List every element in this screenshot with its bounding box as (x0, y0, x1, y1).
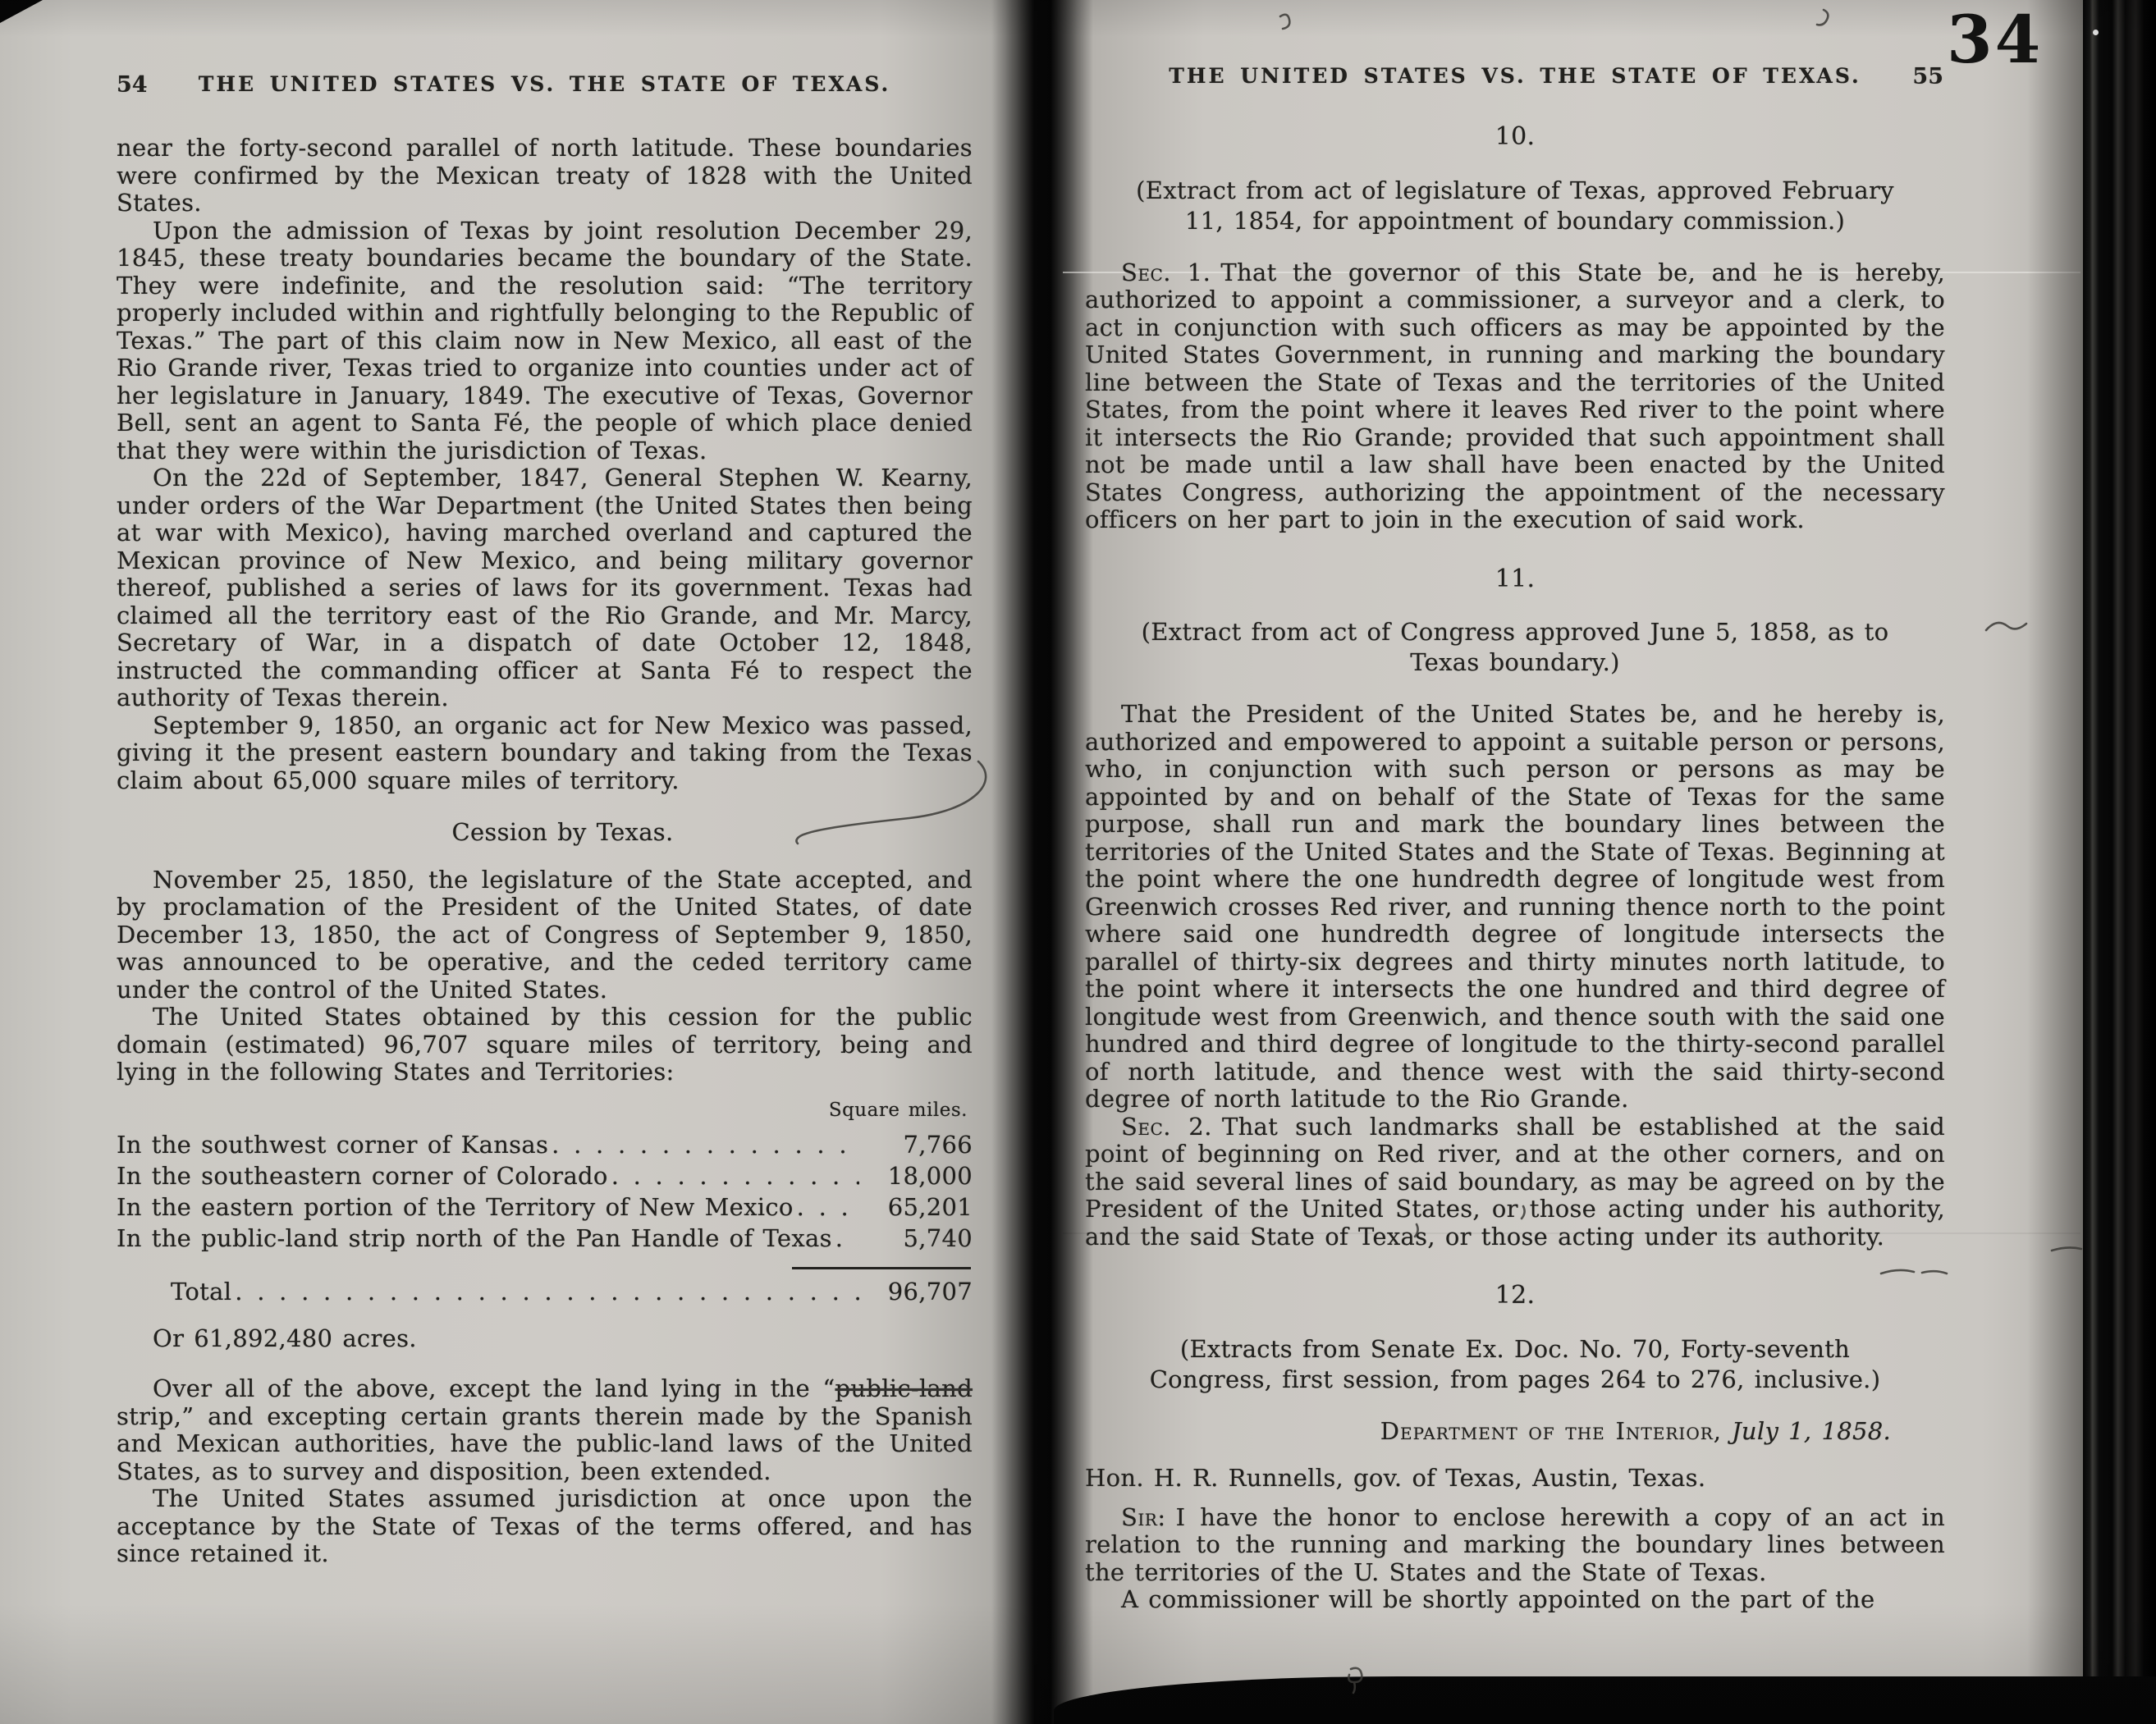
total-value: 96,707 (866, 1276, 973, 1307)
table-row: In the southwest corner of Kansas 7,766 (117, 1129, 973, 1160)
paragraph: near the forty-second parallel of north … (117, 135, 973, 217)
book-fore-edge (2083, 0, 2156, 1724)
table-row-label: In the southeastern corner of Colorado (117, 1160, 608, 1191)
page-edge-shading (2027, 0, 2085, 1724)
paragraph: Sir:I have the honor to enclose herewith… (1085, 1504, 1945, 1587)
dot-leader (835, 1223, 859, 1254)
folio-stamp: 34 (1947, 7, 2043, 72)
paragraph: That the President of the United States … (1085, 701, 1945, 1114)
table-row-label: In the southwest corner of Kansas (117, 1129, 548, 1160)
paragraph: September 9, 1850, an organic act for Ne… (117, 712, 973, 795)
section-number: 11. (1085, 565, 1945, 593)
dot-leader (235, 1276, 859, 1307)
dateline-organization: Department of the Interior, (1380, 1417, 1722, 1445)
paragraph: The United States assumed jurisdiction a… (117, 1485, 973, 1568)
struck-word: public-land (835, 1374, 973, 1402)
table-row-value: 18,000 (866, 1160, 973, 1191)
section-lead: Sec. 2. (1121, 1113, 1212, 1141)
paragraph: Over all of the above, except the land l… (117, 1375, 973, 1485)
table-row: In the public-land strip north of the Pa… (117, 1223, 973, 1254)
dateline-date: July 1, 1858. (1732, 1417, 1891, 1445)
paragraph: Upon the admission of Texas by joint res… (117, 217, 973, 465)
paragraph: Sec. 1.That the governor of this State b… (1085, 259, 1945, 534)
section-heading: Cession by Texas. (117, 819, 973, 847)
right-running-header: THE UNITED STATES VS. THE STATE OF TEXAS… (1085, 64, 1945, 89)
left-running-header: 54 THE UNITED STATES VS. THE STATE OF TE… (117, 72, 973, 97)
paragraph-text: I have the honor to enclose herewith a c… (1085, 1503, 1945, 1586)
table-row-value: 7,766 (866, 1129, 973, 1160)
section-number: 12. (1085, 1282, 1945, 1310)
paragraph-text: strip,” and excepting certain grants the… (117, 1402, 973, 1485)
section-caption: (Extracts from Senate Ex. Doc. No. 70, F… (1128, 1334, 1902, 1395)
paragraph: A commissioner will be shortly appointed… (1085, 1586, 1945, 1614)
left-page: 54 THE UNITED STATES VS. THE STATE OF TE… (117, 72, 973, 1568)
left-page-number: 54 (117, 73, 148, 98)
book-bottom-edge (1054, 1676, 2156, 1724)
dot-leader (611, 1160, 859, 1191)
table-row-value: 65,201 (866, 1191, 973, 1223)
right-header-title: THE UNITED STATES VS. THE STATE OF TEXAS… (1169, 64, 1861, 88)
dust-speck (2093, 30, 2099, 35)
left-page-body: near the forty-second parallel of north … (117, 135, 973, 1568)
dot-leader (797, 1191, 859, 1223)
left-header-title: THE UNITED STATES VS. THE STATE OF TEXAS… (199, 72, 890, 96)
section-number: 10. (1085, 123, 1945, 151)
table-unit-label: Square miles. (117, 1100, 968, 1121)
right-page: THE UNITED STATES VS. THE STATE OF TEXAS… (1085, 64, 1945, 1614)
table-row: In the eastern portion of the Territory … (117, 1191, 973, 1223)
paragraph: Sec. 2.That such landmarks shall be esta… (1085, 1114, 1945, 1251)
book-gutter-shadow (991, 0, 1093, 1724)
paragraph: On the 22d of September, 1847, General S… (117, 464, 973, 712)
table-row: In the southeastern corner of Colorado 1… (117, 1160, 973, 1191)
acres-note: Or 61,892,480 acres. (153, 1325, 973, 1353)
paragraph: November 25, 1850, the legislature of th… (117, 867, 973, 1004)
table-row-value: 5,740 (866, 1223, 973, 1254)
dot-leader (552, 1129, 859, 1160)
salutation-lead: Sir: (1121, 1503, 1166, 1531)
paragraph: The United States obtained by this cessi… (117, 1004, 973, 1086)
section-caption: (Extract from act of legislature of Texa… (1128, 176, 1902, 236)
paragraph-text: Over all of the above, except the land l… (153, 1374, 835, 1402)
paragraph-text: That such landmarks shall be established… (1085, 1113, 1945, 1251)
table-total-row: Total 96,707 (117, 1276, 973, 1307)
dateline: Department of the Interior,July 1, 1858. (1085, 1418, 1945, 1446)
letter-addressee: Hon. H. R. Runnells, gov. of Texas, Aust… (1085, 1465, 1945, 1493)
scan-corner-mark (0, 0, 43, 23)
total-rule (792, 1267, 971, 1269)
paragraph-text: That the governor of this State be, and … (1085, 258, 1945, 534)
section-caption: (Extract from act of Congress approved J… (1128, 617, 1902, 678)
book-scan-photo: 34 54 THE UNITED STATES VS. THE STATE OF… (0, 0, 2156, 1724)
total-label: Total (171, 1276, 231, 1307)
table-row-label: In the public-land strip north of the Pa… (117, 1223, 832, 1254)
section-lead: Sec. 1. (1121, 258, 1211, 286)
table-row-label: In the eastern portion of the Territory … (117, 1191, 794, 1223)
right-page-number: 55 (1912, 65, 1943, 89)
